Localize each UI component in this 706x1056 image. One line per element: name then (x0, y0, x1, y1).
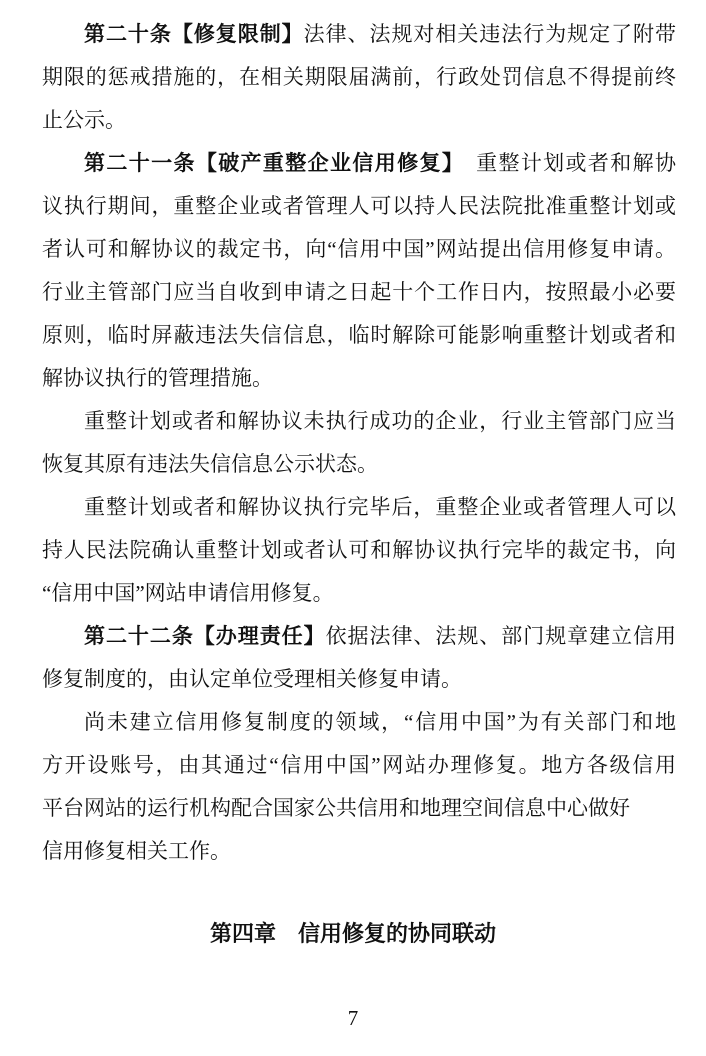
body-text-run: 平台网站的运行机构配合国家公共信用和地理空间信息中心做好 (42, 796, 630, 820)
article-title-run: 第二十一条【破产重整企业信用修复】 (84, 152, 454, 175)
text-line: 持人民法院确认重整计划或者认可和解协议执行完毕的裁定书，向 (42, 529, 676, 572)
text-line: 信用修复相关工作。 (42, 830, 676, 873)
text-line: 者认可和解协议的裁定书，向“信用中国”网站提出信用修复申请。 (42, 228, 676, 271)
text-line: 尚未建立信用修复制度的领域，“信用中国”为有关部门和地 (42, 701, 676, 744)
body-text-run: 持人民法院确认重整计划或者认可和解协议执行完毕的裁定书，向 (42, 538, 676, 562)
body-text-run: 法律、法规对相关违法行为规定了附带 (304, 22, 676, 46)
body-text-run: 重整计划或者和解协 (454, 151, 676, 175)
body-text-run: 议执行期间，重整企业或者管理人可以持人民法院批准重整计划或 (42, 194, 676, 218)
body-text-run: 尚未建立信用修复制度的领域，“信用中国”为有关部门和地 (84, 710, 676, 734)
article-title-run: 第二十二条【办理责任】 (84, 625, 326, 648)
text-line: 议执行期间，重整企业或者管理人可以持人民法院批准重整计划或 (42, 185, 676, 228)
body-text-run: 原则，临时屏蔽违法失信信息，临时解除可能影响重整计划或者和 (42, 323, 676, 347)
document-page: 第二十条【修复限制】法律、法规对相关违法行为规定了附带期限的惩戒措施的，在相关期… (0, 0, 706, 1056)
body-text-run: 行业主管部门应当自收到申请之日起十个工作日内，按照最小必要 (42, 280, 676, 304)
body-text-run: “信用中国”网站申请信用修复。 (42, 581, 334, 605)
text-line: 修复制度的，由认定单位受理相关修复申请。 (42, 658, 676, 701)
text-line: 第二十一条【破产重整企业信用修复】 重整计划或者和解协 (42, 142, 676, 185)
text-line: 原则，临时屏蔽违法失信信息，临时解除可能影响重整计划或者和 (42, 314, 676, 357)
text-line: 方开设账号，由其通过“信用中国”网站办理修复。地方各级信用 (42, 744, 676, 787)
page-number: 7 (0, 1004, 706, 1032)
text-line: “信用中国”网站申请信用修复。 (42, 572, 676, 615)
body-text-run: 依据法律、法规、部门规章建立信用 (326, 624, 676, 648)
body-text-run: 恢复其原有违法失信信息公示状态。 (42, 452, 378, 476)
body-text-run: 止公示。 (42, 108, 126, 132)
text-line: 平台网站的运行机构配合国家公共信用和地理空间信息中心做好 (42, 787, 676, 830)
text-line: 重整计划或者和解协议未执行成功的企业，行业主管部门应当 (42, 400, 676, 443)
text-line: 期限的惩戒措施的，在相关期限届满前，行政处罚信息不得提前终 (42, 56, 676, 99)
body-text-run: 方开设账号，由其通过“信用中国”网站办理修复。地方各级信用 (42, 753, 676, 777)
body-text-run: 期限的惩戒措施的，在相关期限届满前，行政处罚信息不得提前终 (42, 65, 676, 89)
body-text-run: 者认可和解协议的裁定书，向“信用中国”网站提出信用修复申请。 (42, 237, 676, 261)
text-line: 恢复其原有违法失信信息公示状态。 (42, 443, 676, 486)
body-text-run: 重整计划或者和解协议未执行成功的企业，行业主管部门应当 (84, 409, 676, 433)
text-line: 第二十条【修复限制】法律、法规对相关违法行为规定了附带 (42, 13, 676, 56)
body-text-run: 重整计划或者和解协议执行完毕后，重整企业或者管理人可以 (84, 495, 676, 519)
text-line: 第二十二条【办理责任】依据法律、法规、部门规章建立信用 (42, 615, 676, 658)
text-line: 行业主管部门应当自收到申请之日起十个工作日内，按照最小必要 (42, 271, 676, 314)
text-line: 解协议执行的管理措施。 (42, 357, 676, 400)
chapter-heading: 第四章 信用修复的协同联动 (0, 912, 706, 955)
article-title-run: 第二十条【修复限制】 (84, 23, 304, 46)
body-text-run: 信用修复相关工作。 (42, 839, 231, 863)
body-text-run: 修复制度的，由认定单位受理相关修复申请。 (42, 667, 462, 691)
text-line: 重整计划或者和解协议执行完毕后，重整企业或者管理人可以 (42, 486, 676, 529)
document-body: 第二十条【修复限制】法律、法规对相关违法行为规定了附带期限的惩戒措施的，在相关期… (42, 13, 676, 873)
text-line: 止公示。 (42, 99, 676, 142)
body-text-run: 解协议执行的管理措施。 (42, 366, 273, 390)
